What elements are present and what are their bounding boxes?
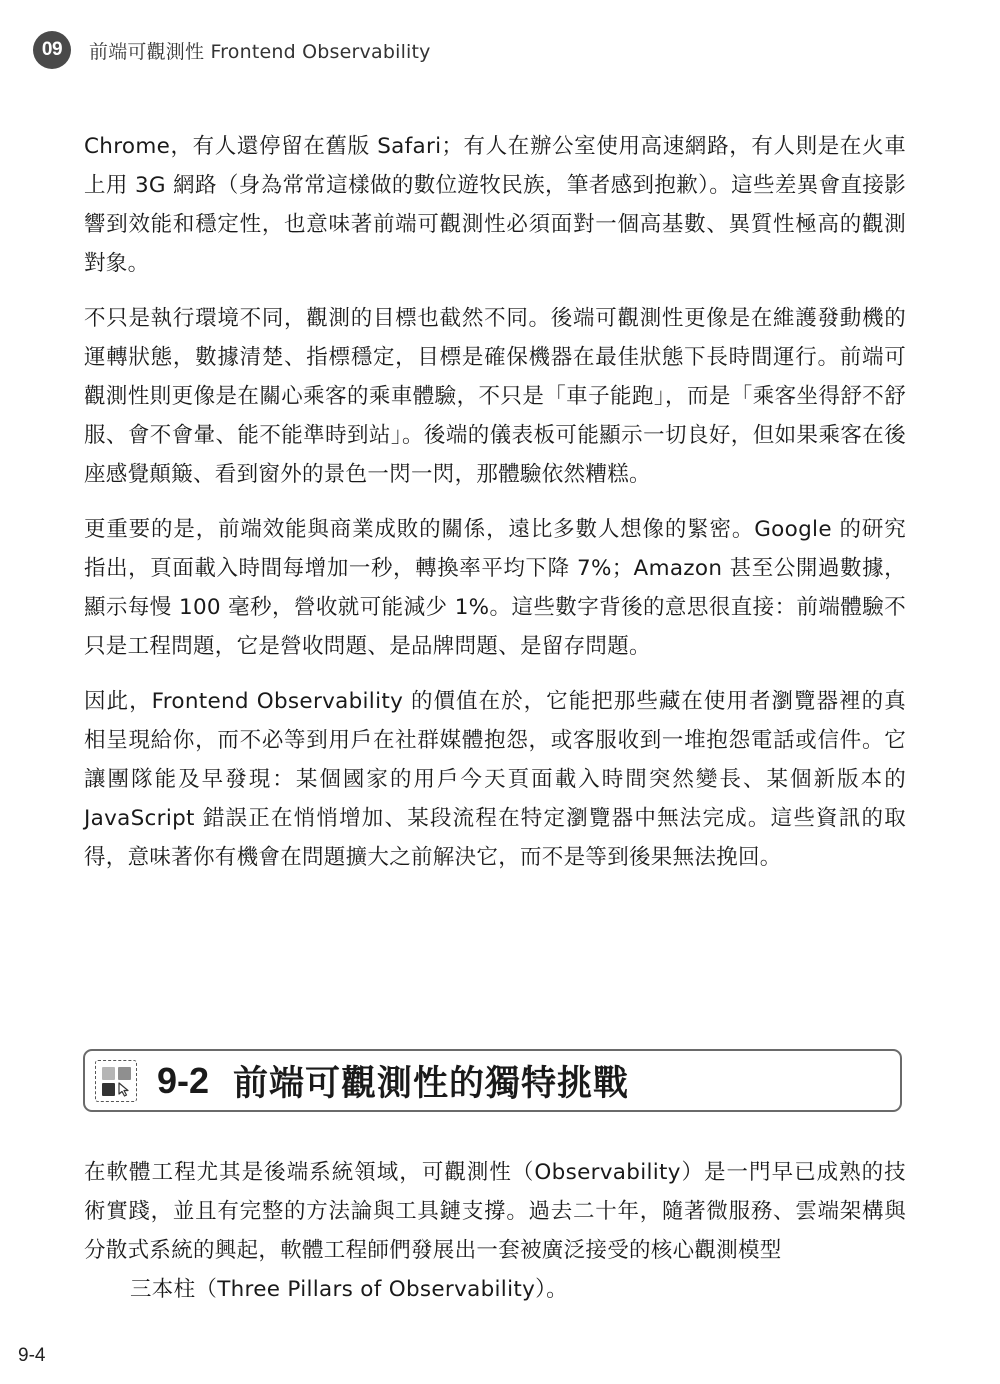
- paragraph: 因此，Frontend Observability 的價值在於，它能把那些藏在使…: [84, 682, 906, 877]
- section-number: 9-2: [157, 1060, 209, 1102]
- grid-cursor-icon: [95, 1060, 137, 1102]
- paragraph: 不只是執行環境不同，觀測的目標也截然不同。後端可觀測性更像是在維護發動機的運轉狀…: [84, 299, 906, 494]
- chapter-number-badge: 09: [33, 31, 71, 69]
- body-text: Chrome，有人還停留在舊版 Safari；有人在辦公室使用高速網路，有人則是…: [84, 127, 906, 893]
- paragraph-continuation: 三本柱（Three Pillars of Observability）。: [84, 1270, 906, 1309]
- paragraph: Chrome，有人還停留在舊版 Safari；有人在辦公室使用高速網路，有人則是…: [84, 127, 906, 283]
- section-heading: 9-2 前端可觀測性的獨特挑戰: [83, 1049, 902, 1112]
- running-header: 09 前端可觀測性 Frontend Observability: [33, 31, 431, 69]
- section-body-text: 在軟體工程尤其是後端系統領域，可觀測性（Observability）是一門早已成…: [84, 1153, 906, 1325]
- paragraph: 在軟體工程尤其是後端系統領域，可觀測性（Observability）是一門早已成…: [84, 1153, 906, 1270]
- running-title: 前端可觀測性 Frontend Observability: [89, 37, 431, 64]
- page-number: 9-4: [18, 1345, 45, 1367]
- paragraph: 更重要的是，前端效能與商業成敗的關係，遠比多數人想像的緊密。Google 的研究…: [84, 510, 906, 666]
- section-title: 前端可觀測性的獨特挑戰: [233, 1056, 629, 1106]
